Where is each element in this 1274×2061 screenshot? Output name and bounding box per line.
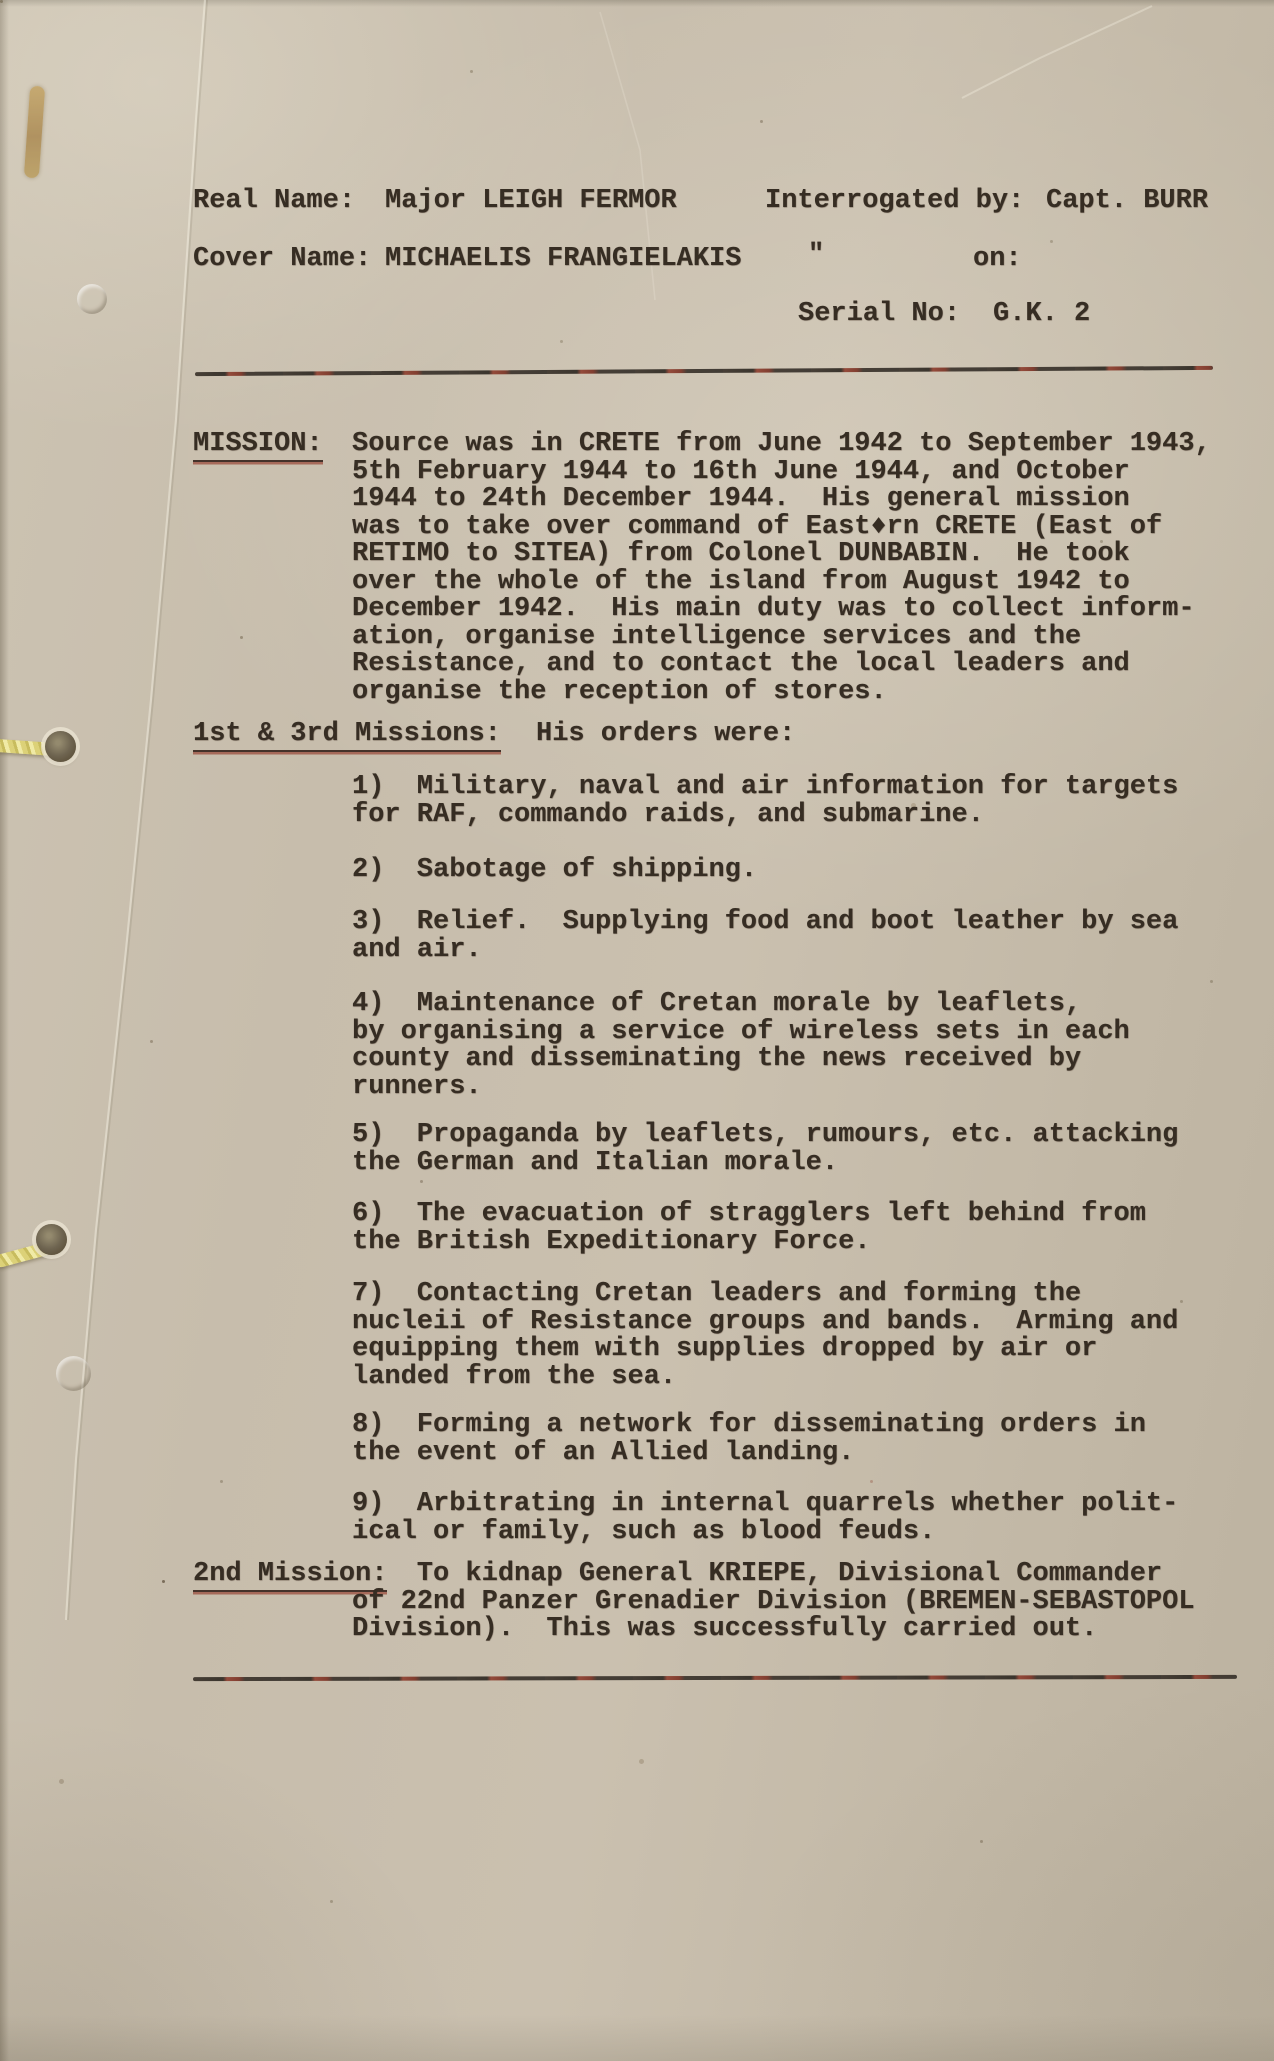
document-page: Real Name: Major LEIGH FERMOR Interrogat…	[0, 0, 1274, 2061]
paper-tear-mark	[24, 86, 45, 179]
binding-hole-top	[45, 731, 76, 762]
interrogated-by-label: Interrogated by:	[765, 188, 1024, 216]
interrogated-by-value: Capt. BURR	[1046, 188, 1208, 216]
mission-order-item-5: 5) Propaganda by leaflets, rumours, etc.…	[352, 1122, 1178, 1177]
serial-no-value: G.K. 2	[993, 301, 1090, 329]
serial-no-label: Serial No:	[798, 301, 960, 329]
mission-order-item-7: 7) Contacting Cretan leaders and forming…	[352, 1281, 1178, 1391]
paper-speckles	[0, 0, 3, 3]
embossed-punch-ring-top	[77, 284, 107, 314]
missions-1-3-label: 1st & 3rd Missions:	[193, 721, 501, 752]
mission-order-item-8: 8) Forming a network for disseminating o…	[352, 1412, 1146, 1467]
embossed-punch-ring-bottom	[56, 1356, 91, 1391]
divider-rule-bottom	[193, 1675, 1237, 1681]
real-name-label: Real Name:	[193, 188, 355, 216]
divider-rule-top	[195, 366, 1213, 376]
binding-hole-bottom	[36, 1224, 67, 1255]
mission-2-paragraph: To kidnap General KRIEPE, Divisional Com…	[352, 1561, 1195, 1644]
mission-order-item-2: 2) Sabotage of shipping.	[352, 857, 757, 885]
cover-name-value: MICHAELIS FRANGIELAKIS	[385, 246, 741, 274]
mission-order-item-6: 6) The evacuation of stragglers left beh…	[352, 1201, 1146, 1256]
missions-1-3-intro: His orders were:	[536, 721, 795, 749]
on-label: on:	[973, 246, 1022, 274]
mission-paragraph: Source was in CRETE from June 1942 to Se…	[352, 431, 1211, 706]
mission-order-item-3: 3) Relief. Supplying food and boot leath…	[352, 909, 1178, 964]
mission-order-item-1: 1) Military, naval and air information f…	[352, 774, 1178, 829]
real-name-value: Major LEIGH FERMOR	[385, 188, 677, 216]
mission-section-label: MISSION:	[193, 431, 323, 462]
mission-order-item-9: 9) Arbitrating in internal quarrels whet…	[352, 1491, 1178, 1546]
cover-name-label: Cover Name:	[193, 246, 371, 274]
mission-order-item-4: 4) Maintenance of Cretan morale by leafl…	[352, 991, 1130, 1101]
ditto-mark: "	[808, 242, 824, 270]
